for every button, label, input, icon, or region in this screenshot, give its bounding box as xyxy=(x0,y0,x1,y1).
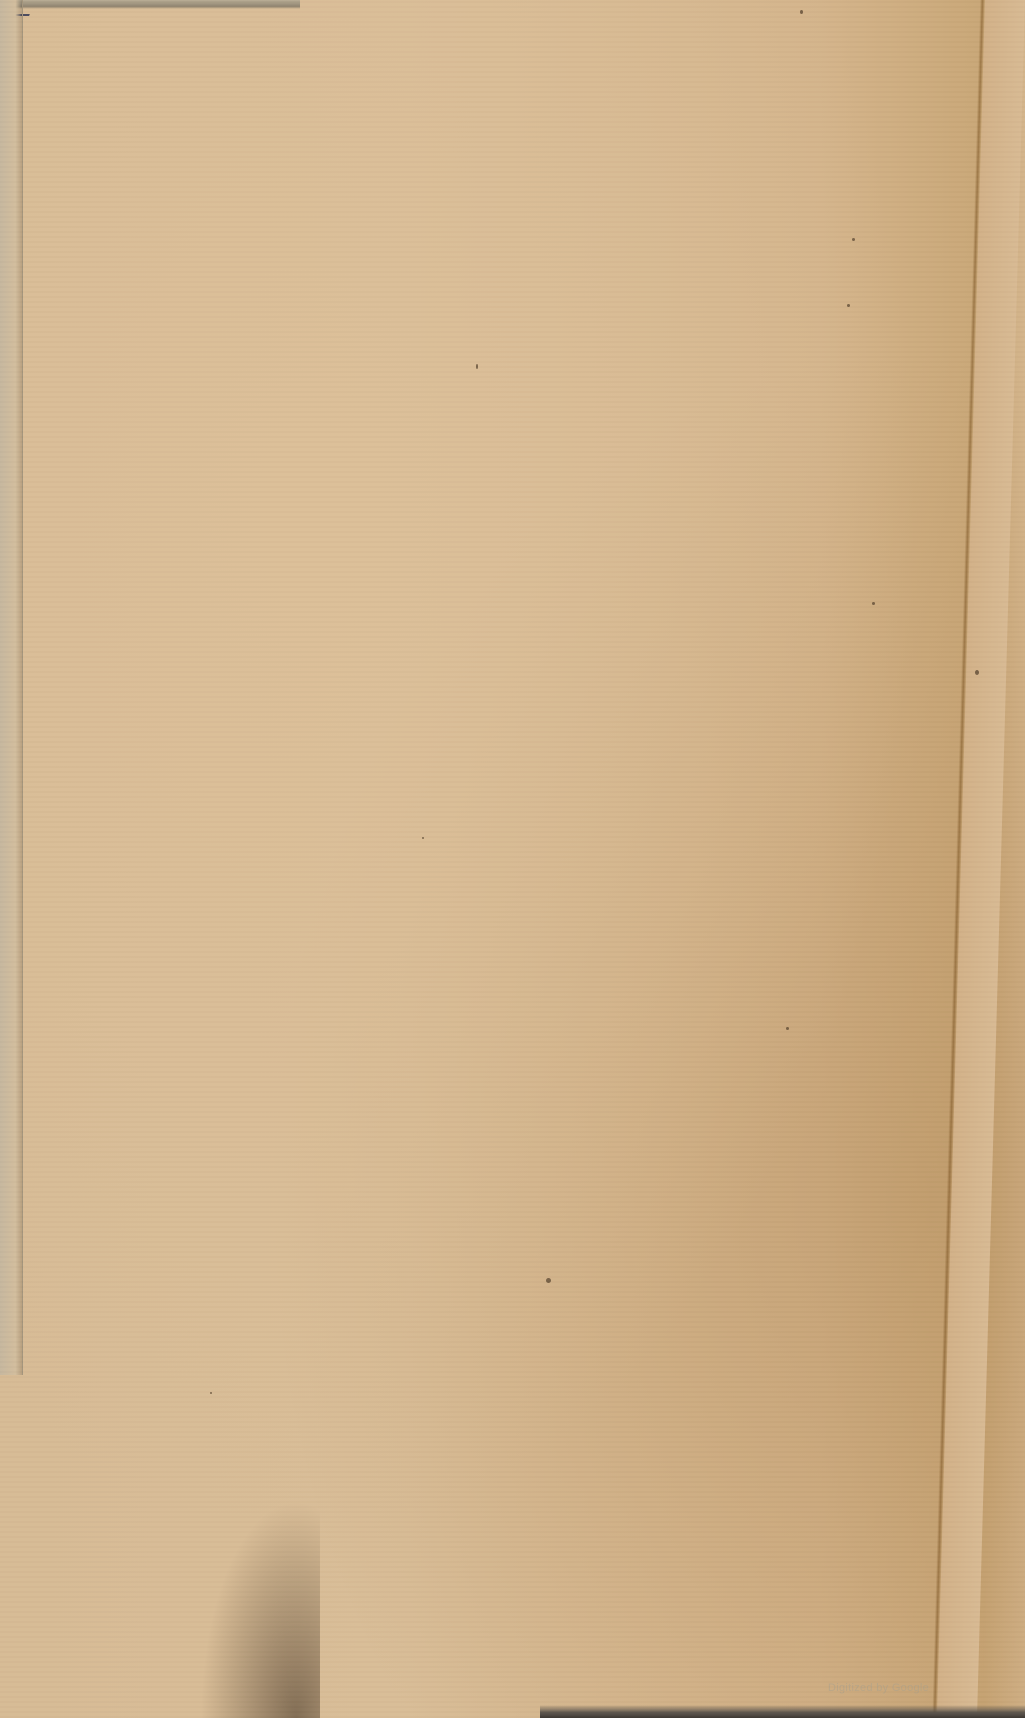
paper-speck xyxy=(847,304,850,307)
paper-speck xyxy=(210,1392,212,1394)
paper-speck xyxy=(800,10,803,14)
paper-speck xyxy=(872,602,875,605)
left-binding-strip xyxy=(0,0,23,1375)
paper-speck xyxy=(975,670,979,675)
bottom-shadow xyxy=(200,1500,320,1718)
bottom-page-edge xyxy=(540,1705,1025,1718)
paper-speck xyxy=(422,837,424,839)
paper-speck xyxy=(852,238,855,241)
paper-speck xyxy=(476,364,478,369)
paper-speck xyxy=(546,1278,551,1283)
blank-book-page: Digitized by Google xyxy=(0,0,1025,1718)
top-page-edge xyxy=(0,0,300,9)
digitization-watermark: Digitized by Google xyxy=(828,1682,929,1694)
right-page-flap xyxy=(937,0,1025,1718)
paper-speck xyxy=(786,1027,789,1030)
